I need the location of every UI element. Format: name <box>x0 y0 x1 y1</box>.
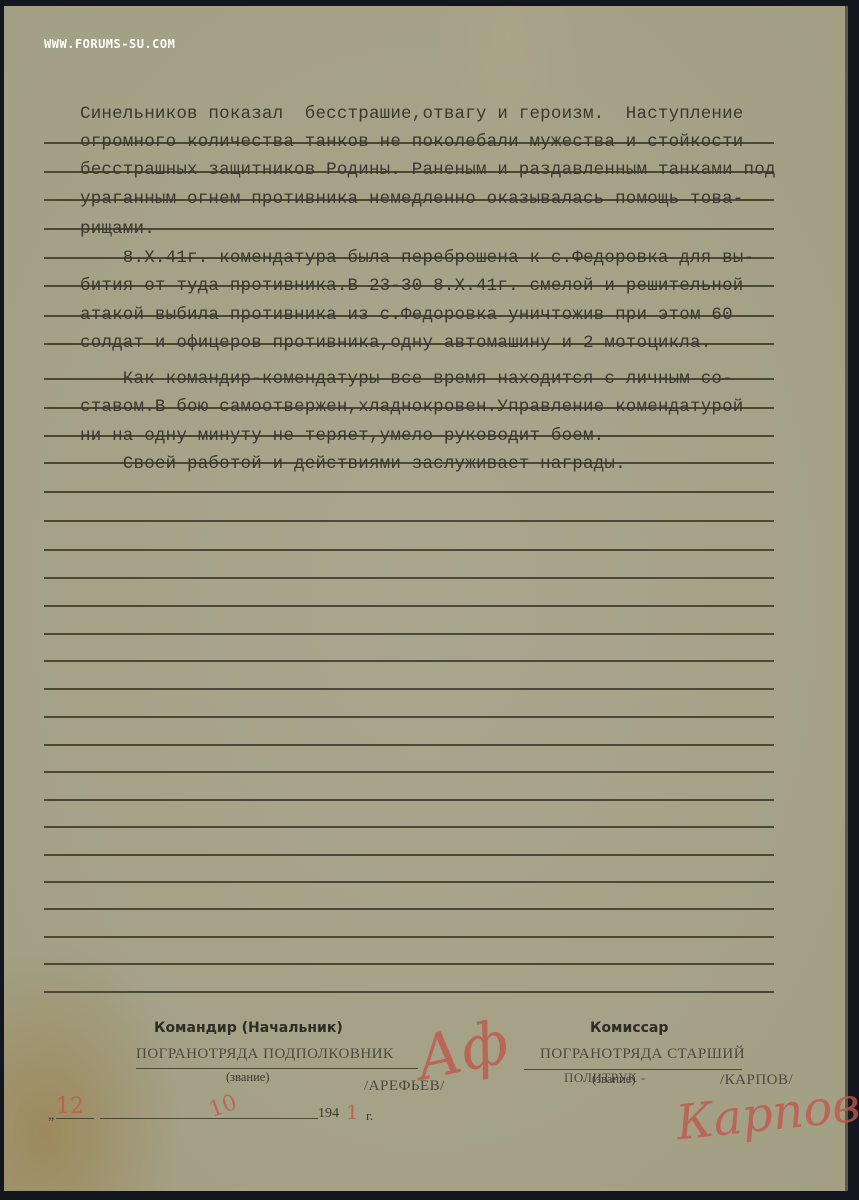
typed-text-line: Синельников показал бесстрашие,отвагу и … <box>80 104 744 124</box>
ruled-line <box>44 633 774 635</box>
ruled-line <box>44 549 774 551</box>
ruled-line <box>44 660 774 662</box>
date-year-prefix: 194 <box>318 1106 339 1122</box>
typed-text-line: Своей работой и действиями заслуживает н… <box>80 454 626 474</box>
ruled-line <box>44 744 774 746</box>
ruled-line <box>44 688 774 690</box>
ruled-line <box>44 605 774 607</box>
commander-handwritten-signature: Аф <box>410 1007 515 1095</box>
typed-text-line: бесстрашных защитников Родины. Раненым и… <box>80 160 776 180</box>
typed-text-line: огромного количества танков не поколебал… <box>80 132 744 152</box>
date-day-handwritten: 12 <box>56 1094 84 1119</box>
commander-rank-caption: (звание) <box>226 1070 269 1085</box>
ruled-line <box>44 716 774 718</box>
typed-text-line: солдат и офицеров противника,одну автома… <box>80 333 711 353</box>
ruled-line <box>44 577 774 579</box>
commander-rank-line <box>136 1068 418 1069</box>
ruled-line <box>44 881 774 883</box>
ruled-line <box>44 799 774 801</box>
commander-heading: Командир (Начальник) <box>154 1020 343 1036</box>
typed-text-line: бития от туда противника.В 23-30 8.X.41г… <box>80 276 744 296</box>
date-day-line <box>56 1118 94 1119</box>
ruled-line <box>44 520 774 522</box>
typed-text-line: рищами. <box>80 219 155 239</box>
document-page: WWW.FORUMS-SU.COM Синельников показал бе… <box>4 6 848 1191</box>
commissar-rank-line1: ПОГРАНОТРЯДА СТАРШИЙ <box>540 1046 745 1063</box>
ruled-line <box>44 936 774 938</box>
typed-text-line: 8.X.41г. комендатура была переброшена к … <box>80 248 754 268</box>
date-open-quote: „ <box>48 1108 54 1124</box>
typed-text-line: Как командир-комендатуры все время наход… <box>80 369 733 389</box>
watermark: WWW.FORUMS-SU.COM <box>44 37 175 51</box>
date-year-handwritten: 1 <box>346 1100 359 1124</box>
commissar-heading: Комиссар <box>590 1020 668 1036</box>
typed-text-line: ставом.В бою самоотвержен,хладнокровен.У… <box>80 397 744 417</box>
date-month-line <box>100 1118 318 1119</box>
commissar-rank-caption: (звание) <box>592 1072 635 1087</box>
typed-text-line: ураганным огнем противника немедленно ок… <box>80 189 744 209</box>
commander-rank: ПОГРАНОТРЯДА ПОДПОЛКОВНИК <box>136 1046 394 1063</box>
ruled-line <box>44 491 774 493</box>
date-year-suffix: г. <box>366 1108 373 1124</box>
ruled-line <box>44 826 774 828</box>
ruled-line <box>44 908 774 910</box>
ruled-line <box>44 854 774 856</box>
typed-text-line: ни на одну минуту не теряет,умело руково… <box>80 426 604 446</box>
ruled-line <box>44 771 774 773</box>
ruled-line <box>44 963 774 965</box>
typed-text-line: атакой выбила противника из с.Федоровка … <box>80 305 733 325</box>
commissar-handwritten-signature: Карпов <box>674 1077 859 1152</box>
ruled-line <box>44 991 774 993</box>
